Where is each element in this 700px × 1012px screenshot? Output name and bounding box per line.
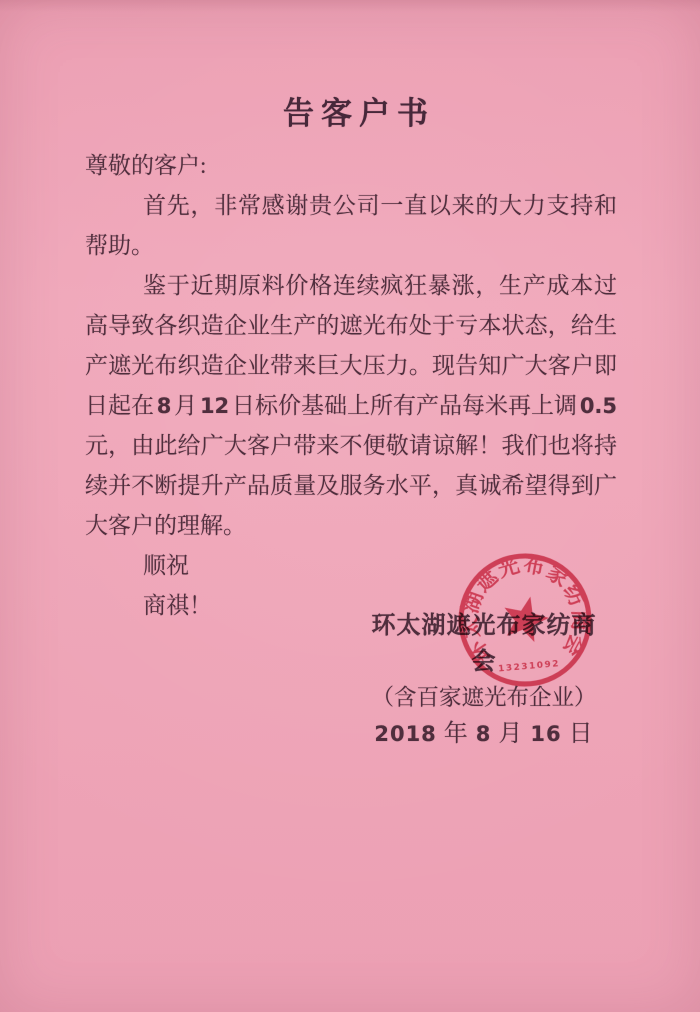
paragraph-price-notice: 鉴于近期原料价格连续疯狂暴涨，生产成本过高导致各织造企业生产的遮光布处于亏本状态… [85,266,617,546]
signature-date: 2018 年 8 月 16 日 [364,716,604,752]
seal-serial-number: 13231092 [498,659,561,674]
letter-page: 告客户书 尊敬的客户: 首先，非常感谢贵公司一直以来的大力支持和帮助。 鉴于近期… [0,0,700,1012]
paragraph-thanks: 首先，非常感谢贵公司一直以来的大力支持和帮助。 [85,186,617,266]
seal-graphic: 环太湖遮光布家纺商会 13231092 [452,546,598,689]
seal-star-icon [498,591,552,644]
official-seal-stamp: 环太湖遮光布家纺商会 13231092 [436,531,614,709]
letter-title: 告客户书 [0,88,700,133]
salutation: 尊敬的客户: [85,146,617,186]
